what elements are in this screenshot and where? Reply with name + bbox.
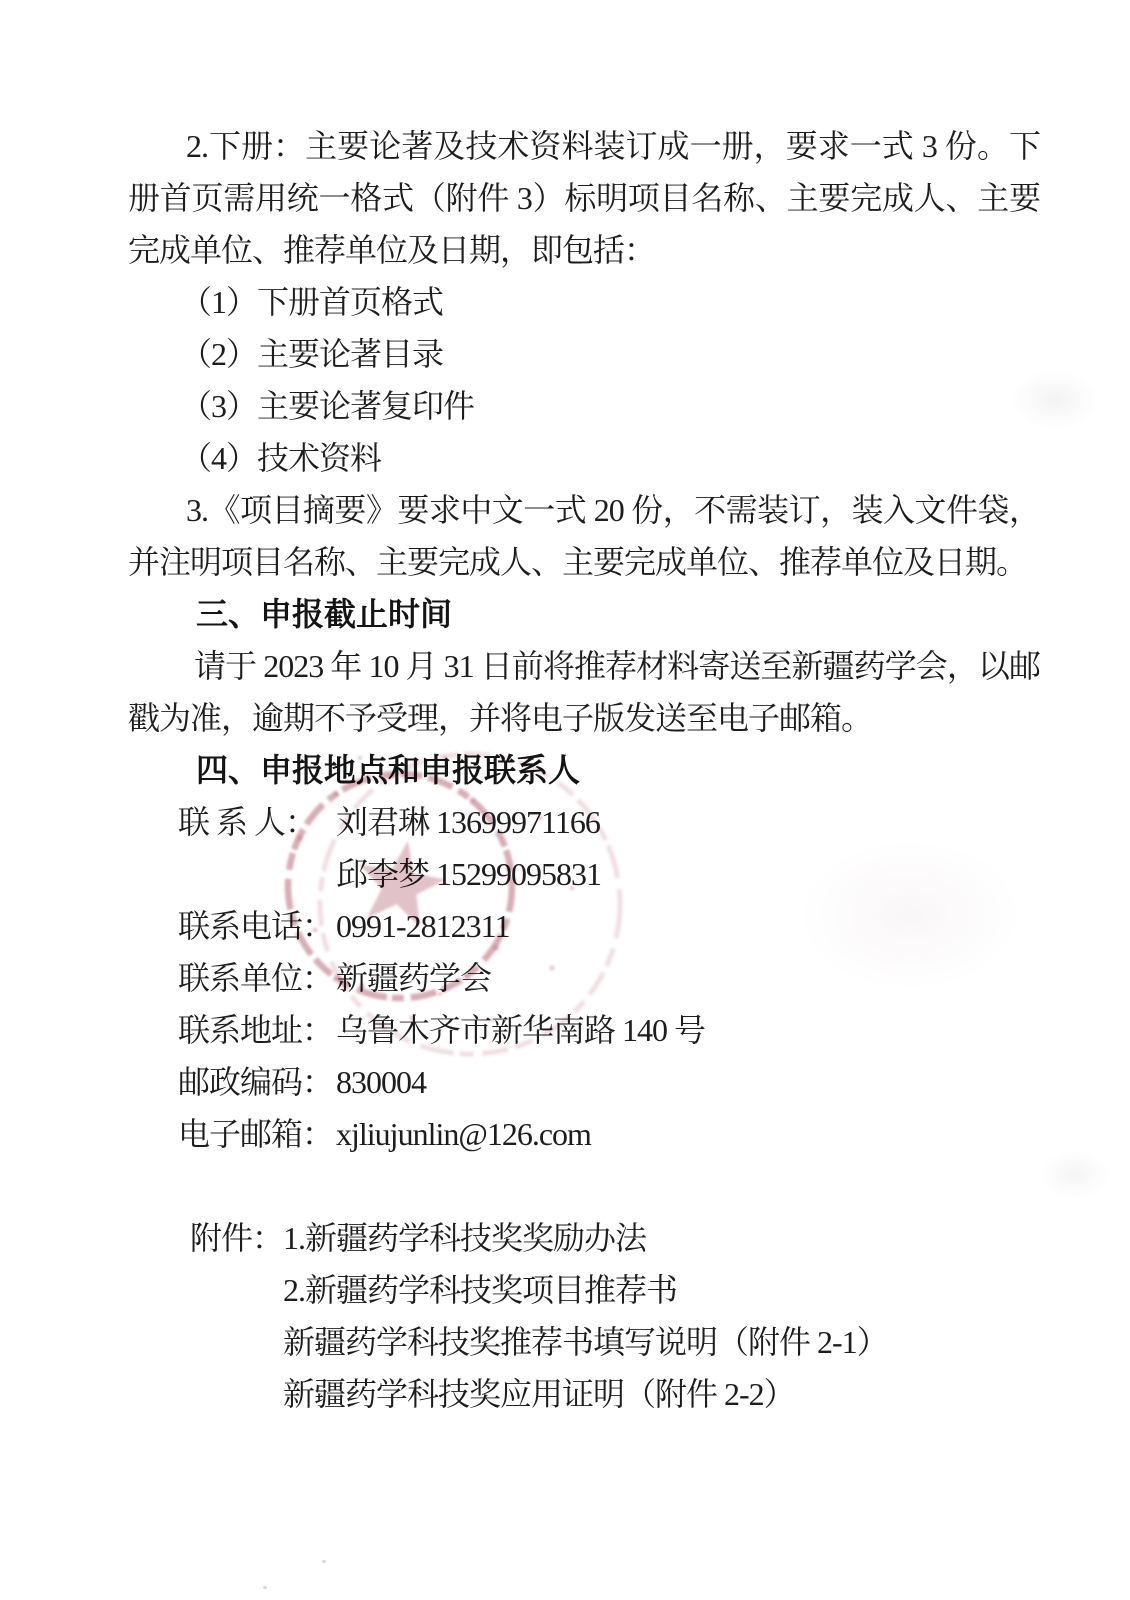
scan-speck [263,1586,267,1589]
contact-label: 联系地址： [178,1004,336,1056]
attachment-item-1: 1.新疆药学科技奖奖励办法 [283,1212,1040,1264]
contact-value: 0991-2812311 [336,908,509,944]
contact-value: xjliujunlin@126.com [336,1116,591,1152]
attachment-item-2: 2.新疆药学科技奖项目推荐书 [283,1264,1040,1316]
document-body: 2.下册：主要论著及技术资料装订成一册，要求一式 3 份。下册首页需用统一格式（… [128,120,1040,1420]
contact-row-email: 电子邮箱：xjliujunlin@126.com [128,1108,1040,1160]
section-heading-contact: 四、申报地点和申报联系人 [128,744,1040,796]
contact-value: 邱李梦 15299095831 [336,856,601,892]
scanned-document-page: 2.下册：主要论著及技术资料装订成一册，要求一式 3 份。下册首页需用统一格式（… [0,0,1130,1600]
attachment-item-4: 新疆药学科技奖应用证明（附件 2-2） [283,1368,1040,1420]
contact-label: 电子邮箱： [178,1108,336,1160]
paragraph-project-abstract: 3.《项目摘要》要求中文一式 20 份，不需装订，装入文件袋，并注明项目名称、主… [128,484,1040,588]
contact-row-phone: 联系电话：0991-2812311 [128,900,1040,952]
contact-row-organization: 联系单位：新疆药学会 [128,952,1040,1004]
contact-label: 联系单位： [178,952,336,1004]
scan-smudge [1040,1150,1110,1200]
contact-row-address: 联系地址：乌鲁木齐市新华南路 140 号 [128,1004,1040,1056]
attachment-item-3: 新疆药学科技奖推荐书填写说明（附件 2-1） [283,1316,1040,1368]
section-heading-deadline: 三、申报截止时间 [128,588,1040,640]
paragraph-deadline: 请于 2023 年 10 月 31 日前将推荐材料寄送至新疆药学会，以邮戳为准，… [128,640,1040,744]
contact-row-person-1: 联 系 人：刘君琳 13699971166 [128,796,1040,848]
attachment-items: 1.新疆药学科技奖奖励办法 2.新疆药学科技奖项目推荐书 新疆药学科技奖推荐书填… [283,1212,1040,1420]
blank-line [128,1160,1040,1212]
contact-row-postcode: 邮政编码：830004 [128,1056,1040,1108]
attachments-block: 附件： 1.新疆药学科技奖奖励办法 2.新疆药学科技奖项目推荐书 新疆药学科技奖… [128,1212,1040,1420]
contact-label: 联 系 人： [178,796,336,848]
contact-value: 刘君琳 13699971166 [336,804,600,840]
list-item-volume2-3: （3）主要论著复印件 [128,380,1040,432]
contact-value: 新疆药学会 [336,960,491,996]
attachments-label: 附件： [190,1212,283,1264]
contact-value: 830004 [336,1064,426,1100]
list-item-volume2-1: （1）下册首页格式 [128,276,1040,328]
contact-value: 乌鲁木齐市新华南路 140 号 [336,1012,705,1048]
list-item-volume2-4: （4）技术资料 [128,432,1040,484]
paragraph-volume2-requirements: 2.下册：主要论著及技术资料装订成一册，要求一式 3 份。下册首页需用统一格式（… [128,120,1040,276]
list-item-volume2-2: （2）主要论著目录 [128,328,1040,380]
contact-row-person-2: 邱李梦 15299095831 [128,848,1040,900]
contact-label: 邮政编码： [178,1056,336,1108]
contact-label: 联系电话： [178,900,336,952]
scan-speck [322,1560,326,1563]
